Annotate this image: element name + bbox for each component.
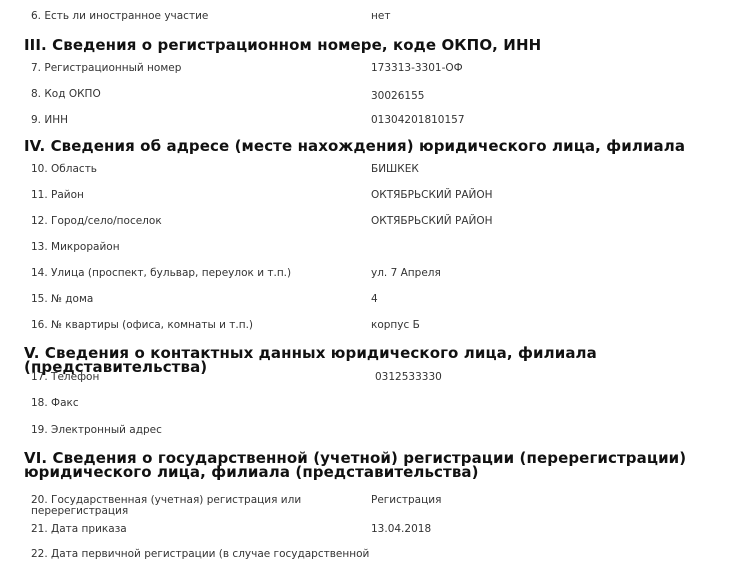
field-label-line-2: перерегистрация: [31, 506, 301, 517]
field-value-foreign-participation: нет: [371, 11, 390, 22]
field-label-apartment: 16. № квартиры (офиса, комнаты и т.п.): [31, 320, 253, 331]
field-label-phone: 17. Телефон: [31, 372, 99, 383]
field-value-house: 4: [371, 294, 378, 305]
field-label-foreign-participation: 6. Есть ли иностранное участие: [31, 11, 208, 22]
field-label-order-date: 21. Дата приказа: [31, 524, 127, 535]
field-label-region: 10. Область: [31, 164, 97, 175]
field-value-city: ОКТЯБРЬСКИЙ РАЙОН: [371, 216, 493, 227]
field-value-registration-type: Регистрация: [371, 495, 441, 506]
field-value-order-date: 13.04.2018: [371, 524, 431, 535]
field-label-registration-type: 20. Государственная (учетная) регистраци…: [31, 495, 301, 517]
field-value-street: ул. 7 Апреля: [371, 268, 441, 279]
field-label-email: 19. Электронный адрес: [31, 425, 162, 436]
field-value-phone: 0312533330: [375, 372, 442, 383]
field-label-city: 12. Город/село/поселок: [31, 216, 162, 227]
field-label-microdistrict: 13. Микрорайон: [31, 242, 120, 253]
field-label-street: 14. Улица (проспект, бульвар, переулок и…: [31, 268, 291, 279]
field-value-region: БИШКЕК: [371, 164, 419, 175]
field-label-district: 11. Район: [31, 190, 84, 201]
field-label-reg-number: 7. Регистрационный номер: [31, 63, 181, 74]
field-value-apartment: корпус Б: [371, 320, 420, 331]
section-title-contacts: V. Сведения о контактных данных юридичес…: [24, 346, 750, 374]
field-value-reg-number: 173313-3301-ОФ: [371, 63, 463, 74]
field-label-fax: 18. Факс: [31, 398, 79, 409]
section-title-line-2: юридического лица, филиала (представител…: [24, 465, 686, 479]
field-value-okpo: 30026155: [371, 91, 424, 102]
field-value-district: ОКТЯБРЬСКИЙ РАЙОН: [371, 190, 493, 201]
field-label-inn: 9. ИНН: [31, 115, 68, 126]
field-label-initial-registration-date: 22. Дата первичной регистрации (в случае…: [31, 549, 369, 560]
section-title-registration: III. Сведения о регистрационном номере, …: [24, 38, 541, 52]
section-title-state-registration: VI. Сведения о государственной (учетной)…: [24, 451, 686, 479]
field-label-house: 15. № дома: [31, 294, 93, 305]
section-title-address: IV. Сведения об адресе (месте нахождения…: [24, 139, 685, 153]
field-label-okpo: 8. Код ОКПО: [31, 89, 101, 100]
field-value-inn: 01304201810157: [371, 115, 465, 126]
